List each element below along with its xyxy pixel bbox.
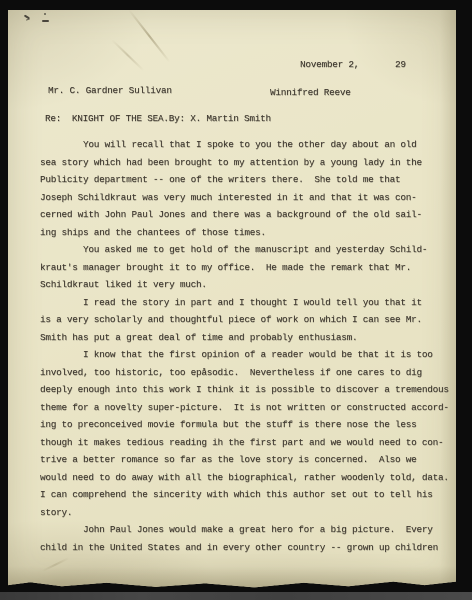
subject-line: Re: KNIGHT OF THE SEA.By: X. Martin Smit…: [45, 113, 271, 124]
body-line: story.: [40, 504, 456, 522]
body-line: ing to preconceived movie formula but th…: [40, 416, 456, 434]
body-line: would need to do away with all the biogr…: [40, 469, 456, 487]
body-line: kraut's manager brought it to my office.…: [40, 259, 456, 277]
scan-background: November 2, 29 Mr. C. Gardner Sullivan W…: [0, 0, 472, 600]
body-line: Smith has put a great deal of time and p…: [40, 329, 456, 347]
corner-fold-crease: [111, 39, 144, 71]
body-line: You asked me to get hold of the manuscri…: [40, 241, 456, 259]
body-line: child in the United States and in every …: [40, 539, 456, 557]
bottom-crease: [42, 557, 70, 572]
body-line: You will recall that I spoke to you the …: [40, 136, 456, 154]
body-line: deeply enough into this work I think it …: [40, 381, 456, 399]
body-line: is a very scholarly and thoughtful piece…: [40, 311, 456, 329]
body-line: Publicity department -- one of the write…: [40, 171, 456, 189]
letter-page: November 2, 29 Mr. C. Gardner Sullivan W…: [8, 10, 456, 588]
recipient-name: Mr. C. Gardner Sullivan: [48, 85, 172, 96]
body-line: Joseph Schildkraut was very much interes…: [40, 189, 456, 207]
page-number: 29: [395, 59, 406, 70]
body-line: Schildkraut liked it very much.: [40, 276, 456, 294]
body-line: involved, too historic, too epåsodic. Ne…: [40, 364, 456, 382]
body-line: trive a better romance so far as the lov…: [40, 451, 456, 469]
body-line: I read the story in part and I thought I…: [40, 294, 456, 312]
pencil-mark: [40, 10, 52, 24]
body-line: I know that the first opinion of a reade…: [40, 346, 456, 364]
body-line: John Paul Jones would make a great hero …: [40, 521, 456, 539]
body-line: ing ships and the chantees of those time…: [40, 224, 456, 242]
sender-name: Winnifred Reeve: [270, 87, 351, 98]
letter-date: November 2,: [300, 59, 359, 70]
body-line: sea story which had been brought to my a…: [40, 154, 456, 172]
pencil-mark: [22, 14, 32, 24]
body-line: I can comprehend the sincerity with whic…: [40, 486, 456, 504]
scanner-edge-strip: [0, 592, 472, 600]
corner-fold-crease: [128, 9, 170, 62]
body-line: theme for a novelty super-picture. It is…: [40, 399, 456, 417]
body-line: cerned with John Paul Jones and there wa…: [40, 206, 456, 224]
letter-body: You will recall that I spoke to you the …: [40, 136, 456, 556]
body-line: though it makes tedious reading ih the f…: [40, 434, 456, 452]
